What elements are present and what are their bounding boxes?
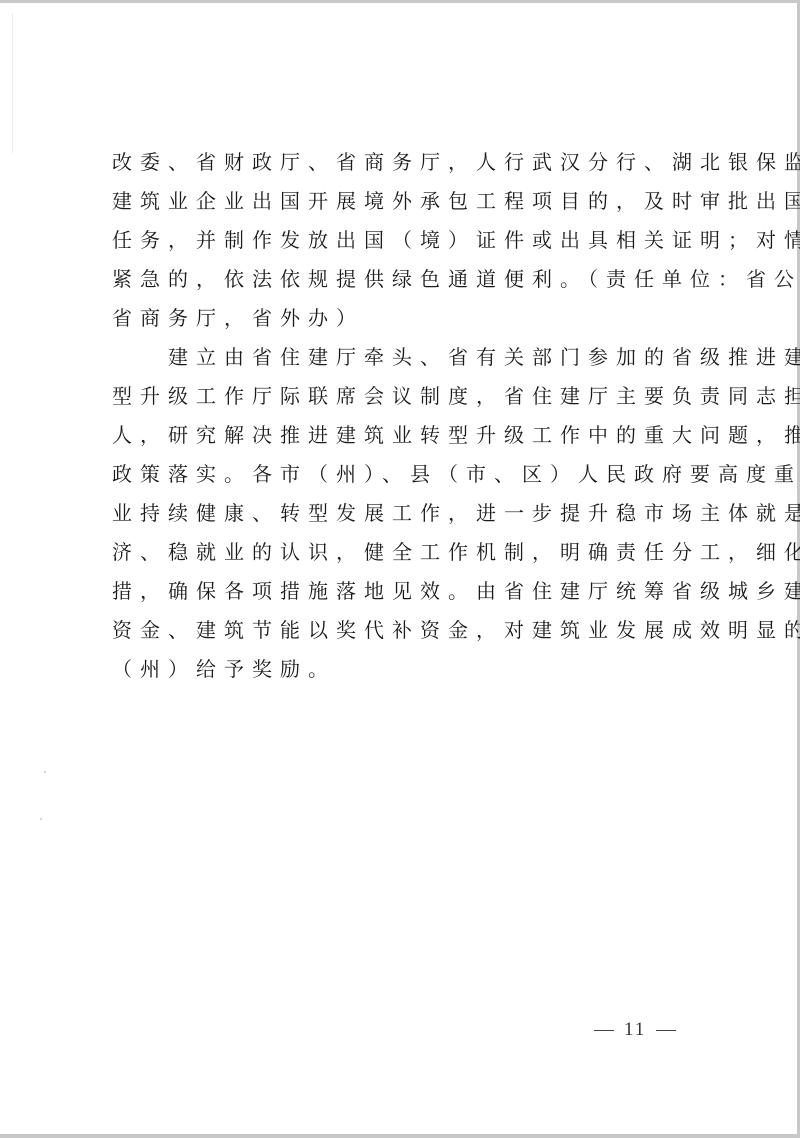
text-line: 业持续健康、转型发展工作，进一步提升稳市场主体就是稳经 (112, 494, 710, 533)
paragraph-outbound-projects: 改委、省财政厅、省商务厅，人行武汉分行、湖北银保监局）对 建筑业企业出国开展境外… (112, 143, 710, 338)
text-line: 政策落实。各市（州）、县（市、区）人民政府要高度重视建筑 (112, 455, 710, 494)
scan-speck (40, 818, 42, 820)
text-line: 省商务厅，省外办） (112, 299, 710, 338)
scan-speck (44, 771, 46, 773)
scan-edge-line (12, 13, 13, 153)
text-line: 济、稳就业的认识，健全工作机制，明确责任分工，细化落实举 (112, 533, 710, 572)
text-line-indented: 建立由省住建厅牵头、省有关部门参加的省级推进建筑业转 (112, 338, 710, 377)
text-line: 资金、建筑节能以奖代补资金，对建筑业发展成效明显的市 (112, 611, 710, 650)
text-line: 紧急的，依法依规提供绿色通道便利。（责任单位：省公安厅、 (112, 260, 710, 299)
text-line: （州）给予奖励。 (112, 650, 710, 689)
page-number-value: 11 (624, 1019, 646, 1040)
text-line: 改委、省财政厅、省商务厅，人行武汉分行、湖北银保监局）对 (112, 143, 710, 182)
text-line: 建筑业企业出国开展境外承包工程项目的，及时审批出国（境） (112, 182, 710, 221)
document-page: 改委、省财政厅、省商务厅，人行武汉分行、湖北银保监局）对 建筑业企业出国开展境外… (0, 0, 800, 1138)
page-number-dash-left (594, 1030, 614, 1031)
page-number: 11 (584, 1019, 686, 1041)
text-line: 措，确保各项措施落地见效。由省住建厅统筹省级城乡建设引导 (112, 572, 710, 611)
page-number-dash-right (656, 1030, 676, 1031)
paragraph-joint-meeting-system: 建立由省住建厅牵头、省有关部门参加的省级推进建筑业转 型升级工作厅际联席会议制度… (112, 338, 710, 689)
body-text: 改委、省财政厅、省商务厅，人行武汉分行、湖北银保监局）对 建筑业企业出国开展境外… (112, 143, 710, 689)
text-line: 型升级工作厅际联席会议制度，省住建厅主要负责同志担任召集 (112, 377, 710, 416)
text-line: 任务，并制作发放出国（境）证件或出具相关证明；对情况特别 (112, 221, 710, 260)
text-line: 人，研究解决推进建筑业转型升级工作中的重大问题，推动相关 (112, 416, 710, 455)
